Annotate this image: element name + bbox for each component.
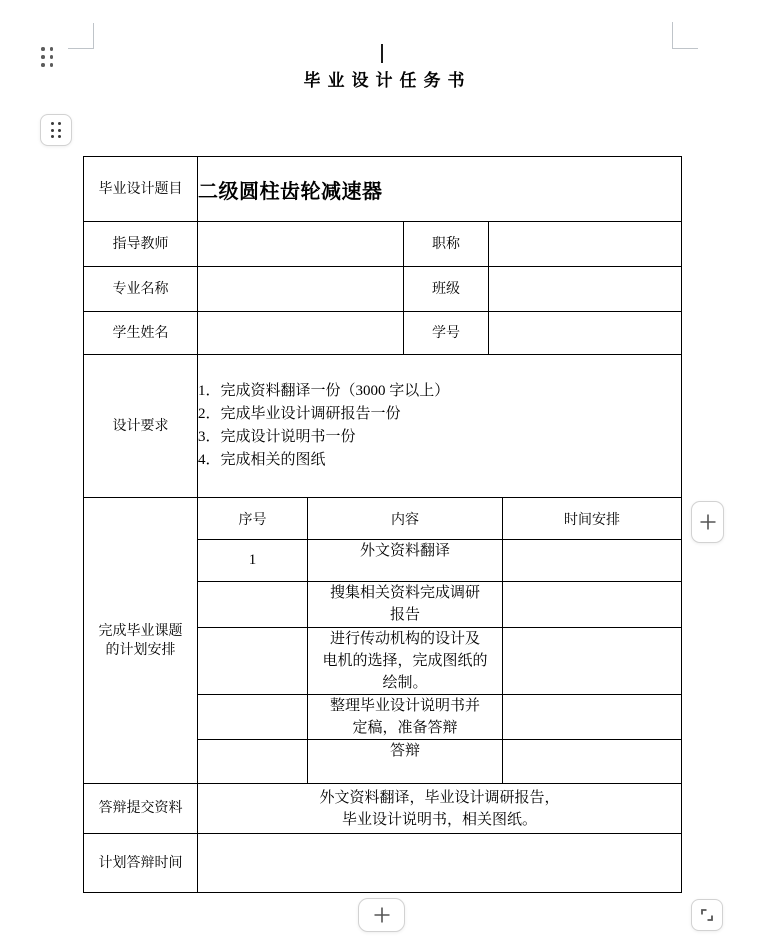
materials-value-cell[interactable]: 外文资料翻译，毕业设计调研报告， 毕业设计说明书，相关图纸。 <box>198 784 682 834</box>
class-label: 班级 <box>404 267 489 312</box>
plan-header-no: 序号 <box>198 498 308 540</box>
plan-time-cell[interactable] <box>503 740 682 784</box>
plan-no-cell[interactable]: 1 <box>198 540 308 582</box>
plan-header-content: 内容 <box>308 498 503 540</box>
requirement-item: 1．完成资料翻译一份（3000 字以上） <box>198 380 681 403</box>
plus-icon <box>698 512 718 532</box>
requirements-value-cell[interactable]: 1．完成资料翻译一份（3000 字以上） 2．完成毕业设计调研报告一份 3．完成… <box>198 355 682 498</box>
task-form-table: 毕业设计题目 二级圆柱齿轮减速器 指导教师 职称 专业名称 班级 学生姓名 学号… <box>83 156 682 893</box>
plan-time-cell[interactable] <box>503 695 682 740</box>
advisor-rank-value-cell[interactable] <box>489 222 682 267</box>
major-label: 专业名称 <box>84 267 198 312</box>
plan-no-cell[interactable] <box>198 582 308 628</box>
student-name-label: 学生姓名 <box>84 312 198 355</box>
materials-label: 答辩提交资料 <box>84 784 198 834</box>
table-row: 指导教师 职称 <box>84 222 682 267</box>
plan-time-cell[interactable] <box>503 582 682 628</box>
plan-content-cell[interactable]: 整理毕业设计说明书并 定稿，准备答辩 <box>308 695 503 740</box>
student-id-label: 学号 <box>404 312 489 355</box>
defense-time-value-cell[interactable] <box>198 834 682 893</box>
major-value-cell[interactable] <box>198 267 404 312</box>
table-row: 完成毕业课题 的计划安排 序号 内容 时间安排 <box>84 498 682 540</box>
expand-table-button[interactable] <box>691 899 723 931</box>
add-row-button[interactable] <box>358 898 405 932</box>
class-value-cell[interactable] <box>489 267 682 312</box>
plan-header-time: 时间安排 <box>503 498 682 540</box>
plan-no-cell[interactable] <box>198 740 308 784</box>
page: { "title": "毕业设计任务书", "form": { "project… <box>0 0 768 937</box>
advisor-rank-label: 职称 <box>404 222 489 267</box>
plus-icon <box>372 905 392 925</box>
project-title-label: 毕业设计题目 <box>84 157 198 222</box>
plan-no-cell[interactable] <box>198 628 308 695</box>
plan-label: 完成毕业课题 的计划安排 <box>84 498 198 784</box>
table-row: 毕业设计题目 二级圆柱齿轮减速器 <box>84 157 682 222</box>
table-row: 答辩提交资料 外文资料翻译，毕业设计调研报告， 毕业设计说明书，相关图纸。 <box>84 784 682 834</box>
document-title: 毕业设计任务书 <box>0 66 768 91</box>
project-title-value[interactable]: 二级圆柱齿轮减速器 <box>198 157 682 222</box>
student-name-value-cell[interactable] <box>198 312 404 355</box>
plan-time-cell[interactable] <box>503 540 682 582</box>
table-drag-handle-button[interactable] <box>40 114 72 146</box>
plan-content-cell[interactable]: 搜集相关资料完成调研 报告 <box>308 582 503 628</box>
add-column-button[interactable] <box>691 501 724 543</box>
corner-brackets-icon <box>698 906 716 924</box>
table-row: 学生姓名 学号 <box>84 312 682 355</box>
page-corner-mark-top-left <box>68 23 94 49</box>
page-corner-mark-top-right <box>672 22 698 49</box>
table-row: 专业名称 班级 <box>84 267 682 312</box>
requirement-item: 3．完成设计说明书一份 <box>198 426 681 449</box>
table-row: 计划答辩时间 <box>84 834 682 893</box>
requirements-label: 设计要求 <box>84 355 198 498</box>
plan-no-cell[interactable] <box>198 695 308 740</box>
student-id-value-cell[interactable] <box>489 312 682 355</box>
plan-content-cell[interactable]: 进行传动机构的设计及 电机的选择，完成图纸的 绘制。 <box>308 628 503 695</box>
requirement-item: 2．完成毕业设计调研报告一份 <box>198 403 681 426</box>
advisor-value-cell[interactable] <box>198 222 404 267</box>
plan-time-cell[interactable] <box>503 628 682 695</box>
defense-time-label: 计划答辩时间 <box>84 834 198 893</box>
plan-content-cell[interactable]: 答辩 <box>308 740 503 784</box>
text-cursor <box>381 44 383 63</box>
requirement-item: 4．完成相关的图纸 <box>198 449 681 472</box>
advisor-label: 指导教师 <box>84 222 198 267</box>
table-row: 设计要求 1．完成资料翻译一份（3000 字以上） 2．完成毕业设计调研报告一份… <box>84 355 682 498</box>
drag-dots-icon <box>51 122 62 138</box>
plan-content-cell[interactable]: 外文资料翻译 <box>308 540 503 582</box>
block-drag-handle-icon[interactable] <box>41 47 53 67</box>
